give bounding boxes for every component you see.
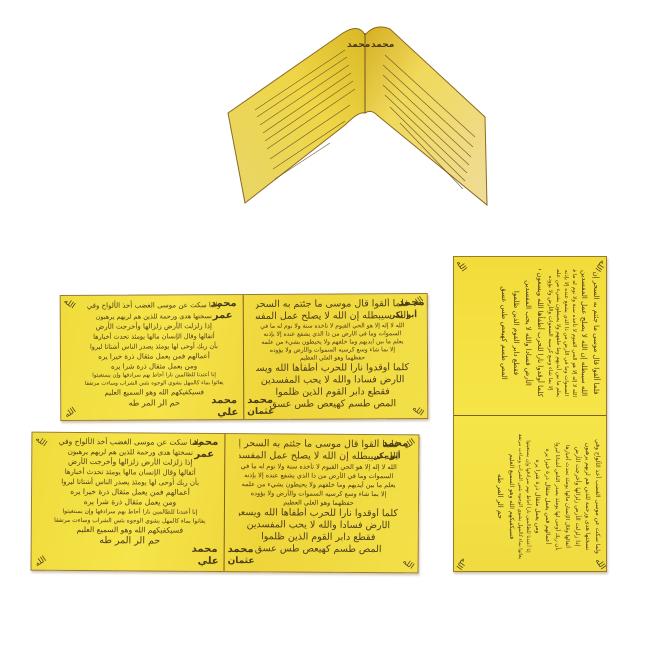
inscription-line: فلما ألقوا قال موسى ما جئتم به السحر إن (256, 298, 409, 311)
inscription-line: فقطع دابر القوم الذين ظلموا (510, 269, 522, 397)
inscription-line: ولما سكت عن موسى الغضب أخذ الألواح وفي (79, 299, 229, 312)
name-muhammad: محمد (247, 395, 273, 406)
plate-right-half: فلما ألقوا قال موسى ما جئتم به السحر إن … (454, 257, 607, 415)
inscription-line: أعمالهم فمن يعمل مثقال ذرة خيرا يره (79, 351, 229, 362)
inscription-line: حم الر المر طه (494, 434, 506, 559)
inscription-line: المص طسم كهيعص طس عسق (256, 398, 409, 411)
inscription-line: إذا زلزلت الأرض زلزالها وأخرجت الأرض (572, 434, 582, 559)
plate-bottom-horizontal: فلما ألقوا قال موسى ما جئتم به السحر إن … (31, 432, 420, 574)
name-muhammad: محمد (211, 298, 237, 309)
inscription-line: المص طسم كهيعص طس عسق (498, 269, 510, 397)
inscription-line: الأرض فسادا والله لا يحب المفسدين (256, 374, 409, 387)
name-muhammad: محمد (228, 544, 254, 555)
plate-top-horizontal: فلما ألقوا قال موسى ما جئتم به السحر إن … (60, 293, 429, 421)
plate-vertical: فلما ألقوا قال موسى ما جئتم به السحر إن … (453, 256, 607, 572)
inscription-line: نسختها هدى ورحمة للذين هم لربهم يرهبون (582, 434, 592, 559)
inscription-line: فقطع دابر القوم الذين ظلموا (256, 386, 409, 399)
svg-text:محمد: محمد (371, 40, 394, 50)
plate-vertical-content: فلما ألقوا قال موسى ما جئتم به السحر إن … (454, 257, 607, 572)
name-muhammad: محمد (399, 297, 425, 308)
inscription-line: إنا أعتدنا للظالمين نارا أحاط بهم سرادقه… (524, 434, 532, 559)
name-ali: علي (217, 407, 238, 418)
inscription-line: المص طسم كهيعص طس عسق (239, 543, 398, 556)
inscription-line: الله سيبطله إن الله لا يصلح عمل المفسدين (578, 269, 590, 397)
name-uthman: عثمان (247, 407, 274, 418)
name-muhammad: محمد (211, 395, 237, 406)
folded-plate-shape: محمد محمد (225, 25, 490, 210)
name-ali: علي (198, 556, 219, 567)
inscription-line: فلما ألقوا قال موسى ما جئتم به السحر إن (590, 269, 602, 397)
inscription-line: ولما سكت عن موسى الغضب أخذ الألواح وفي (592, 434, 602, 559)
inscription-line: أعمالهم فمن يعمل مثقال ذرة خيرا يره (52, 487, 208, 498)
name-abu-bakr: أبو بكر (374, 450, 400, 461)
folded-plate: محمد محمد (225, 25, 490, 210)
name-umar: عمر (213, 310, 233, 321)
inscription-line: يعلم ما بين أيديهم وما خلفهم ولا يحيطون … (554, 269, 562, 397)
inscription-line: الأرض فسادا والله لا يحب المفسدين (522, 269, 534, 397)
inscription-line: الله سيبطله إن الله لا يصلح عمل المفسدين (256, 310, 409, 323)
inscription-line: فقطع دابر القوم الذين ظلموا (239, 531, 398, 544)
inscription-line: السموات وما في الأرض من ذا الذي يشفع عند… (562, 269, 570, 397)
inscription-line: حم الر المر طه (52, 535, 208, 548)
inscription-line: بأن ربك أوحى لها يومئذ يصدر الناس أشتاتا… (552, 434, 562, 559)
inscription-line: الله لا إله إلا هو الحي القيوم لا تأخذه … (570, 269, 578, 397)
inscription-line: إلا بما شاء وسع كرسيه السموات والأرض ولا… (546, 269, 554, 397)
inscription-line: يغاثوا بماء كالمهل يشوي الوجوه بئس الشرا… (516, 434, 524, 559)
name-muhammad: محمد (192, 437, 218, 448)
name-muhammad: محمد (192, 544, 218, 555)
inscription-line: أعمالهم فمن يعمل مثقال ذرة خيرا يره (542, 434, 552, 559)
inscription-line: حم الر المر طه (79, 397, 229, 410)
inscription-line: كلما أوقدوا نارا للحرب أطفأها الله ويسعو… (239, 507, 398, 520)
inscription-line: كلما أوقدوا نارا للحرب أطفأها الله ويسعو… (534, 269, 546, 397)
name-abu-bakr: أبو بكر (391, 309, 417, 320)
plate-left-half: ولما سكت عن موسى الغضب أخذ الألواح وفي ن… (454, 416, 607, 572)
name-umar: عمر (194, 449, 214, 460)
inscription-line: الأرض فسادا والله لا يحب المفسدين (239, 519, 398, 532)
name-uthman: عثمان (228, 556, 255, 567)
name-muhammad: محمد (347, 40, 370, 50)
inscription-line: فسيكفيكهم الله وهو السميع العليم (506, 434, 516, 559)
inscription-line: ومن يعمل مثقال ذرة شرا يره (532, 434, 542, 559)
inscription-line: أثقالها وقال الإنسان مالها يومئذ تحدث أخ… (562, 434, 572, 559)
inscription-line: كلما أوقدوا نارا للحرب أطفأها الله ويسعو… (256, 362, 409, 375)
